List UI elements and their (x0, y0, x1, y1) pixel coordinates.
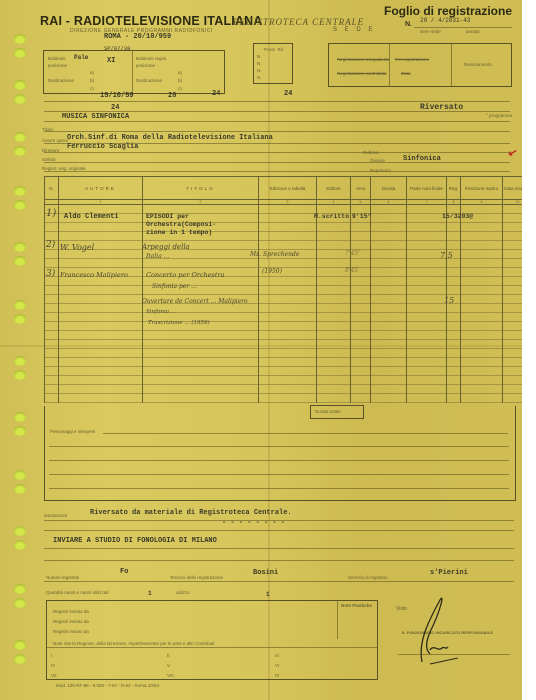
table-header-row: N. AUTORE TITOLO Edizione e tabella Edit… (45, 177, 523, 200)
quantita-value: 1 (148, 590, 152, 597)
registration-col-label: Registrazione eseguita da (337, 57, 389, 62)
genre: Sinfonica (403, 155, 441, 163)
option-label: a) (178, 70, 182, 75)
column-header: Parte nota finale (407, 177, 447, 200)
table-row (45, 367, 523, 376)
binder-hole-icon (14, 526, 26, 536)
column-header: Data inserim. (503, 177, 523, 200)
binder-hole-icon (14, 200, 26, 210)
red-checkmark-icon: ↙ (506, 145, 518, 160)
position-box-title: Posiz. Ril. (264, 47, 284, 52)
registry-sede: S E D E (333, 27, 375, 33)
position-label: posizione (48, 63, 67, 68)
binder-hole-icon (14, 314, 26, 324)
servizio-value: s'Pierini (430, 569, 468, 577)
dispatch-row-label: Registri inviato da (53, 629, 89, 634)
notes-box: Personaggi e interpreti (44, 406, 516, 501)
binder-hole-icon (14, 470, 26, 480)
column-header: Editore (317, 177, 351, 200)
entry-title-line: Orchestra(Composi- (146, 221, 216, 228)
entry-note: (1950) (262, 268, 282, 275)
field-label: Quantità nastri e nastri utilizzati (46, 590, 109, 595)
binder-hole-icon (14, 598, 26, 608)
column-header: N. (45, 177, 59, 200)
registration-sheet: RAI - RADIOTELEVISIONE ITALIANA DIREZION… (0, 0, 522, 700)
entry-duration: 8'45 (345, 267, 358, 274)
binder-hole-icon (14, 426, 26, 436)
field-label: Numeri registrati (46, 575, 79, 580)
field-label: Solista (42, 157, 56, 162)
table-row (45, 358, 523, 367)
entry-duration: 7'45" (345, 250, 361, 257)
field-label: utilizzo (176, 590, 190, 595)
field-label: Direttore (42, 148, 59, 153)
entry-position: 15/3203@ (442, 213, 473, 220)
reel-label: Bobina/e (48, 56, 66, 61)
table-row (45, 385, 523, 394)
recording-line-value-2: 24 (111, 104, 119, 112)
signature-icon (400, 592, 480, 672)
position-row-label: N. (257, 68, 262, 73)
roman-label: VII (51, 673, 57, 678)
destinazione-label: Destinazione (48, 78, 74, 83)
entry-title-line: zione in 1 tempo) (146, 229, 212, 236)
binder-hole-icon (14, 412, 26, 422)
field-label: Autore opera (42, 138, 68, 143)
tecnico-value: Bosini (253, 569, 278, 577)
entry-title-line: Arpeggi della (142, 243, 190, 251)
entry-number: 2) (46, 240, 55, 250)
works-table: N. AUTORE TITOLO Edizione e tabella Edit… (44, 176, 522, 403)
annotations-value: Riversato da materiale di Registroteca C… (90, 509, 292, 517)
time-to: 24 (212, 90, 220, 98)
roman-label: VIII (167, 673, 174, 678)
entry-number: 1) (46, 208, 56, 219)
binder-hole-icon (14, 484, 26, 494)
roman-label: V (167, 663, 170, 668)
position-row-label: N. (257, 54, 262, 59)
entry-title-line: Sinfonia ... (146, 309, 176, 315)
number-sublabel: serie sede (420, 29, 441, 34)
registration-col-label: Per registrazione (395, 57, 429, 62)
entry-author: Aldo Clementi (64, 213, 119, 221)
entry-title-line: EPISODI per (146, 213, 189, 220)
number-sublabel: annata (466, 29, 480, 34)
location-date: ROMA - 20/10/959 (104, 33, 171, 41)
roman-label: IV (51, 663, 55, 668)
table-row (45, 340, 523, 349)
registration-col-label: Registrazione controllata (337, 71, 387, 76)
time-from: 20 (168, 92, 176, 100)
field-label: Registr. orig. originale (42, 166, 86, 171)
side-header: Note Plastiche (341, 603, 372, 608)
dispatch-row-label: Registri inviato da (53, 609, 89, 614)
entry-author: Francesco Malipiero (60, 271, 128, 279)
binder-hole-icon (14, 186, 26, 196)
table-row (45, 313, 523, 322)
roman-label: I (51, 653, 52, 658)
binder-hole-icon (14, 654, 26, 664)
column-header: Posizione nastro (461, 177, 503, 200)
table-row (45, 232, 523, 241)
table-row (45, 322, 523, 331)
binder-hole-icon (14, 132, 26, 142)
binder-hole-icon (14, 80, 26, 90)
separator-dashes: - - - - - - - - (222, 519, 285, 527)
binder-hole-icon (14, 146, 26, 156)
roman-label: II (167, 653, 170, 658)
form-title: Foglio di registrazione (384, 4, 512, 18)
position-row-label: N. (257, 61, 262, 66)
column-header: Reg. (447, 177, 461, 200)
table-row (45, 331, 523, 340)
numeri-value: Fo (120, 568, 128, 576)
entry-title-line: Italia ... (146, 253, 169, 260)
form-number: 20 / 4/2031-43 (420, 17, 470, 24)
option-label: b) (178, 78, 182, 83)
binder-hole-icon (14, 370, 26, 380)
option-label: c) (90, 86, 94, 91)
table-row (45, 394, 523, 403)
roman-label: IX (275, 673, 279, 678)
entry-title-line: Concerto per Orchestra (146, 271, 224, 279)
program-title: MUSICA SINFONICA (62, 113, 129, 121)
binder-hole-icon (14, 356, 26, 366)
binder-hole-icon (14, 48, 26, 58)
organization-name: RAI - RADIOTELEVISIONE ITALIANA (40, 14, 263, 28)
table-row (45, 241, 523, 250)
destination-note: INVIARE A STUDIO DI FONOLOGIA DI MILANO (53, 537, 217, 545)
column-header: TITOLO (143, 177, 259, 200)
table-row (45, 349, 523, 358)
binder-hole-icon (14, 94, 26, 104)
programma-label: ° programma (486, 113, 512, 118)
entry-title-line: Ouverture de Concert ... Malipiero (142, 298, 248, 305)
entry-author: W. Vogel (60, 243, 94, 252)
dispatch-instructions: Note che la Regione, della Direzione, ri… (53, 641, 214, 646)
field-label: Tecnico della registrazione (170, 575, 223, 580)
column-header: Anni (351, 177, 371, 200)
binder-hole-icon (14, 540, 26, 550)
position-label-2: posizione (136, 63, 155, 68)
position-value: XI (107, 57, 115, 65)
roman-label: III (275, 653, 279, 658)
binder-hole-icon (14, 34, 26, 44)
performers: Orch.Sinf.di Roma della Radiotelevisione… (67, 134, 273, 142)
binder-hole-icon (14, 256, 26, 266)
notes-label: Personaggi e interpreti (50, 429, 95, 434)
dispatch-box: Note Plastiche Registri inviato da Regis… (46, 600, 378, 680)
recording-line-value: 24 (284, 90, 292, 98)
option-label: c) (178, 86, 182, 91)
registry-title: REGISTROTECA CENTRALE (233, 17, 364, 27)
binder-hole-icon (14, 584, 26, 594)
column-header: AUTORE (59, 177, 143, 200)
dispatch-row-label: Registri inviato da (53, 619, 89, 624)
column-header: Durata (371, 177, 407, 200)
table-row (45, 286, 523, 295)
roman-label: VI (275, 663, 279, 668)
option-label: b) (90, 78, 94, 83)
entry-position: 7,5 (440, 251, 453, 260)
table-row (45, 223, 523, 232)
entry-title-line: Trascrizione ... (1959) (148, 320, 210, 326)
destinazione-label-2: Destinazione (136, 78, 162, 83)
position-box: Posiz. Ril. N. N. N. N. (253, 43, 293, 84)
binder-hole-icon (14, 242, 26, 252)
field-label: Genere (370, 158, 385, 163)
riversato-value: Riversato (420, 103, 463, 112)
annotations-label: annotazioni (44, 513, 67, 518)
reel-box: Bobina/e Pale XI posizione Destinazione … (43, 50, 225, 94)
box-caption (392, 37, 393, 42)
conductor: Ferruccio Scaglia (67, 143, 138, 151)
registration-col-label: Data (401, 71, 411, 76)
field-label: Titolo (42, 127, 53, 132)
entry-position: 15 (444, 296, 454, 305)
entry-publisher: M.scritto (314, 213, 349, 220)
entry-extra: Ms. Sprechende (250, 251, 299, 258)
column-header: Edizione e tabella (259, 177, 317, 200)
riversamento-label: Riversamento (464, 62, 492, 67)
reel-value: Pale (74, 54, 88, 61)
print-code: Mod. 106-RF-85 - 5.000 - 7-57 - R.92 - R… (56, 683, 159, 688)
binder-hole-icon (14, 640, 26, 650)
option-label: a) (90, 70, 94, 75)
table-row (45, 376, 523, 385)
recording-date: 15/10/59 (100, 92, 134, 100)
field-label: Repertorio (370, 168, 391, 173)
utilizzo-value: 1 (266, 591, 270, 598)
field-label: Rubrica (363, 150, 379, 155)
form-number-label: N. (405, 21, 412, 28)
entry-number: 3) (46, 269, 55, 279)
registration-box: Registrazione eseguita da Registrazione … (328, 43, 512, 87)
reel-label-2: Bobina/e regist. (136, 56, 167, 61)
field-label: Servizio di registraz. (348, 575, 389, 580)
entry-duration: 9'15" (352, 213, 372, 220)
position-row-label: N. (257, 75, 262, 80)
entry-title-line: Sinfonia per ... (152, 283, 197, 290)
binder-hole-icon (14, 300, 26, 310)
